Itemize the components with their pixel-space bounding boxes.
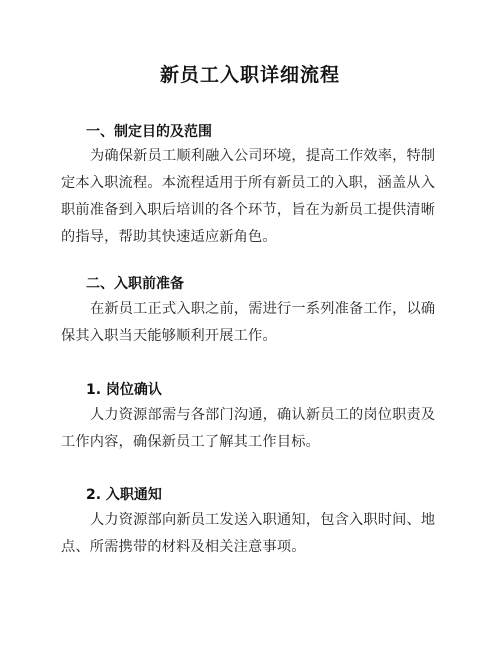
document-title: 新员工入职详细流程 <box>0 60 500 87</box>
section-heading-position-confirmation: 1. 岗位确认 <box>86 379 162 399</box>
section-body-pre-onboarding: 在新员工正式入职之前，需进行一系列准备工作，以确保其入职当天能够顺利开展工作。 <box>61 296 441 350</box>
section-body-position-confirmation: 人力资源部需与各部门沟通，确认新员工的岗位职责及工作内容，确保新员工了解其工作目… <box>61 402 441 456</box>
document-page: 新员工入职详细流程 一、制定目的及范围 为确保新员工顺利融入公司环境，提高工作效… <box>0 0 500 647</box>
section-body-purpose-scope: 为确保新员工顺利融入公司环境，提高工作效率，特制定本入职流程。本流程适用于所有新… <box>61 143 441 251</box>
section-heading-pre-onboarding: 二、入职前准备 <box>86 273 184 293</box>
section-body-onboarding-notice: 人力资源部向新员工发送入职通知，包含入职时间、地点、所需携带的材料及相关注意事项… <box>61 507 441 561</box>
section-heading-purpose-scope: 一、制定目的及范围 <box>86 121 212 141</box>
section-heading-onboarding-notice: 2. 入职通知 <box>86 484 162 504</box>
